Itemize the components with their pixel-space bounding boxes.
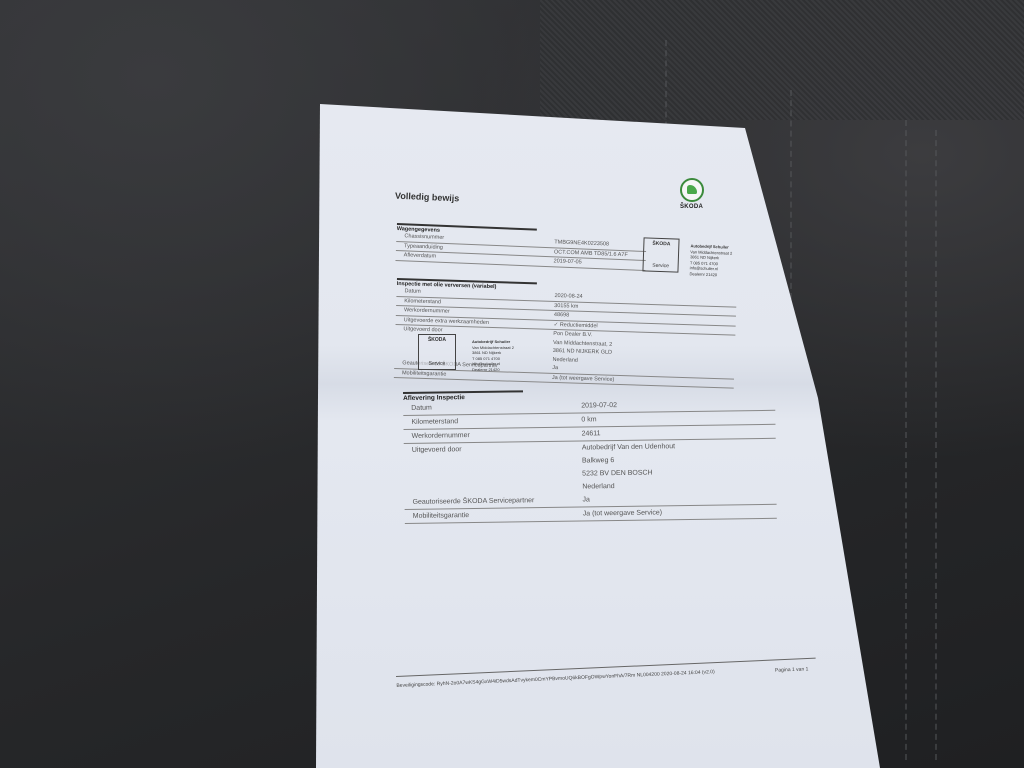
skoda-logo-icon: [680, 178, 704, 202]
dealer-address: Autobedrijf Schuiler Van Middachtenstraa…: [689, 243, 732, 277]
seat-headrest-fabric: [540, 0, 1024, 120]
page-number: Pagina 1 van 1: [775, 666, 809, 673]
dealer-address: Autobedrijf Schuiler Van Middachtenstraa…: [472, 339, 514, 372]
seat-seam: [935, 130, 937, 760]
brand-name: ŠKODA: [680, 204, 703, 210]
seat-seam: [905, 120, 907, 760]
delivery-section: Aflevering Inspectie Datum2019-07-02 Kil…: [403, 387, 777, 524]
service-stamp: ŠKODA Service: [418, 334, 456, 370]
service-stamp: ŠKODA Service: [642, 237, 679, 272]
